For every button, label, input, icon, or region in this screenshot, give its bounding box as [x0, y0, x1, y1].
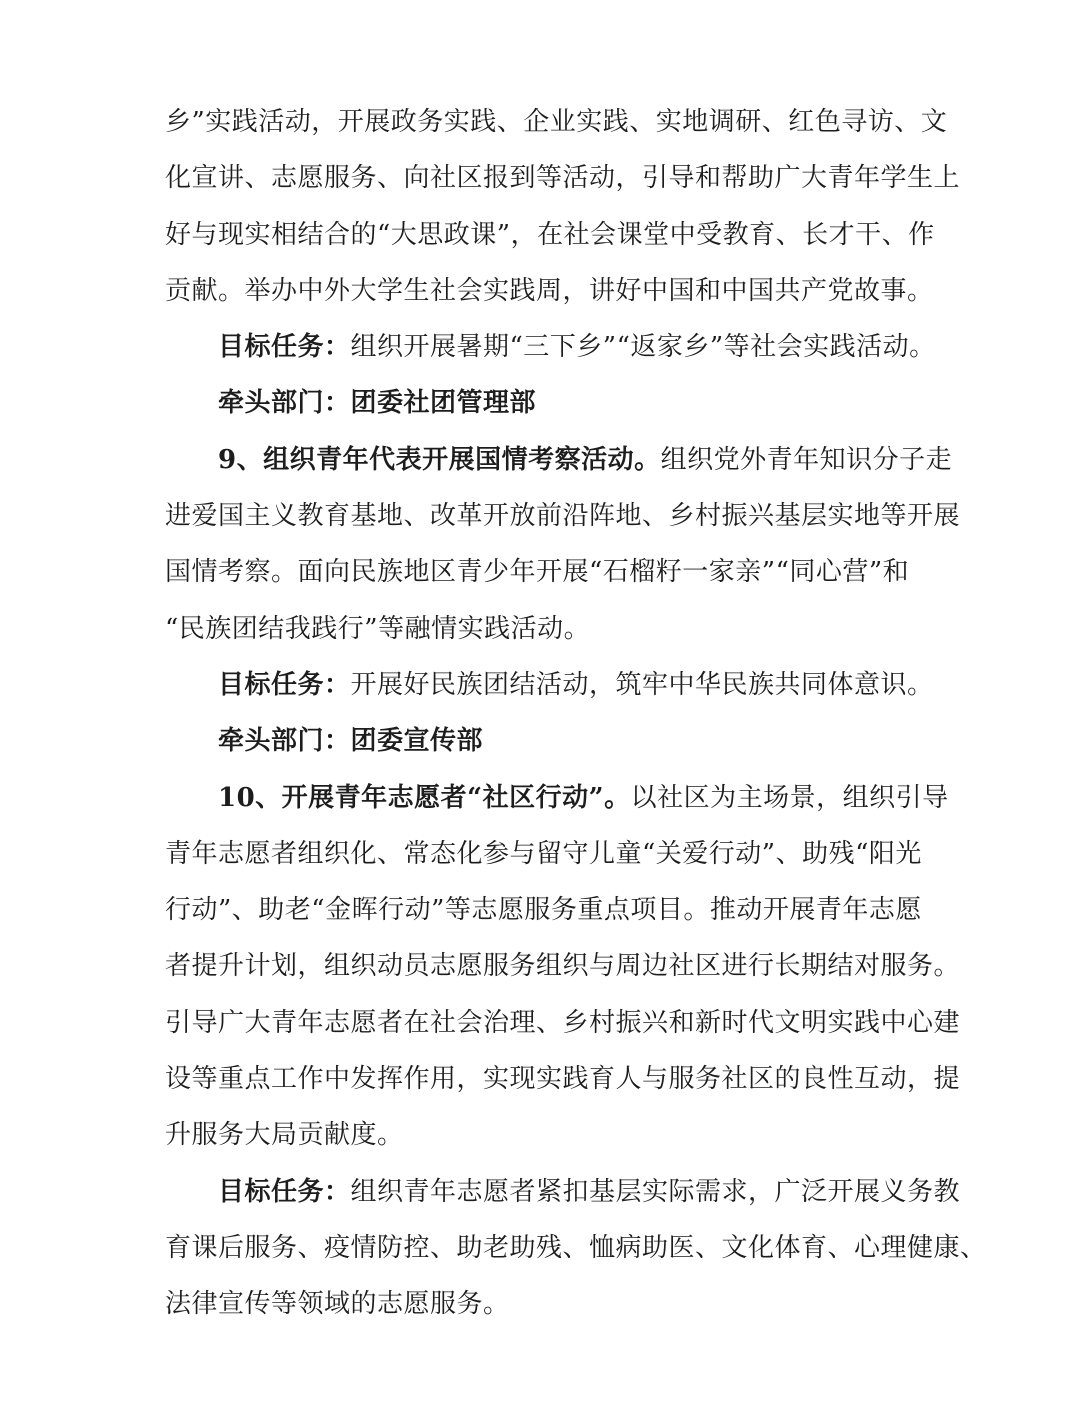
line-text: 升服务大局贡献度。 — [165, 1120, 404, 1150]
line-text: 法律宣传等领域的志愿服务。 — [165, 1289, 510, 1319]
line-bold-text: 牵头部门：团委社团管理部 — [218, 388, 536, 418]
document-body: 乡”实践活动，开展政务实践、企业实践、实地调研、红色寻访、文 化宣讲、志愿服务、… — [165, 94, 930, 1333]
line-text: 好与现实相结合的“大思政课”，在社会课堂中受教育、长才干、作 — [165, 220, 935, 250]
text-line: 化宣讲、志愿服务、向社区报到等活动，引导和帮助广大青年学生上 — [165, 150, 930, 206]
text-line-target-tasks: 目标任务：开展好民族团结活动，筑牢中华民族共同体意识。 — [165, 657, 930, 713]
line-text: 组织开展暑期“三下乡”“返家乡”等社会实践活动。 — [351, 332, 936, 362]
text-line: 法律宣传等领域的志愿服务。 — [165, 1276, 930, 1332]
text-line-target-tasks: 目标任务：组织开展暑期“三下乡”“返家乡”等社会实践活动。 — [165, 319, 930, 375]
text-line: 青年志愿者组织化、常态化参与留守儿童“关爱行动”、助残“阳光 — [165, 826, 930, 882]
line-bold-text: 10、开展青年志愿者“社区行动”。 — [218, 783, 631, 813]
text-line: 升服务大局贡献度。 — [165, 1107, 930, 1163]
text-line: 行动”、助老“金晖行动”等志愿服务重点项目。推动开展青年志愿 — [165, 882, 930, 938]
line-bold-text: 目标任务： — [218, 332, 351, 362]
text-line: 国情考察。面向民族地区青少年开展“石榴籽一家亲”“同心营”和 — [165, 544, 930, 600]
document-page: 乡”实践活动，开展政务实践、企业实践、实地调研、红色寻访、文 化宣讲、志愿服务、… — [0, 0, 1080, 1417]
line-text: 引导广大青年志愿者在社会治理、乡村振兴和新时代文明实践中心建 — [165, 1008, 960, 1038]
line-bold-text: 目标任务： — [218, 1177, 351, 1207]
line-text: “民族团结我践行”等融情实践活动。 — [165, 614, 590, 644]
text-line: 育课后服务、疫情防控、助老助残、恤病助医、文化体育、心理健康、 — [165, 1220, 930, 1276]
line-text: 者提升计划，组织动员志愿服务组织与周边社区进行长期结对服务。 — [165, 951, 960, 981]
text-line-lead-department: 牵头部门：团委宣传部 — [165, 713, 930, 769]
text-line: 乡”实践活动，开展政务实践、企业实践、实地调研、红色寻访、文 — [165, 94, 930, 150]
line-text: 育课后服务、疫情防控、助老助残、恤病助医、文化体育、心理健康、 — [165, 1233, 987, 1263]
text-line: 引导广大青年志愿者在社会治理、乡村振兴和新时代文明实践中心建 — [165, 995, 930, 1051]
line-text: 组织党外青年知识分子走 — [661, 445, 953, 475]
line-text: 以社区为主场景，组织引导 — [631, 783, 949, 813]
text-line: “民族团结我践行”等融情实践活动。 — [165, 601, 930, 657]
text-line-target-tasks: 目标任务：组织青年志愿者紧扣基层实际需求，广泛开展义务教 — [165, 1164, 930, 1220]
line-text: 组织青年志愿者紧扣基层实际需求，广泛开展义务教 — [351, 1177, 961, 1207]
text-line: 好与现实相结合的“大思政课”，在社会课堂中受教育、长才干、作 — [165, 207, 930, 263]
text-line-lead-department: 牵头部门：团委社团管理部 — [165, 375, 930, 431]
line-text: 行动”、助老“金晖行动”等志愿服务重点项目。推动开展青年志愿 — [165, 895, 922, 925]
line-bold-text: 目标任务： — [218, 670, 351, 700]
line-text: 进爱国主义教育基地、改革开放前沿阵地、乡村振兴基层实地等开展 — [165, 501, 960, 531]
text-line: 进爱国主义教育基地、改革开放前沿阵地、乡村振兴基层实地等开展 — [165, 488, 930, 544]
text-line-item-9-heading: 9、组织青年代表开展国情考察活动。组织党外青年知识分子走 — [165, 432, 930, 488]
line-bold-text: 牵头部门：团委宣传部 — [218, 726, 483, 756]
line-text: 乡”实践活动，开展政务实践、企业实践、实地调研、红色寻访、文 — [165, 107, 947, 137]
text-line: 者提升计划，组织动员志愿服务组织与周边社区进行长期结对服务。 — [165, 938, 930, 994]
line-text: 开展好民族团结活动，筑牢中华民族共同体意识。 — [351, 670, 934, 700]
line-text: 青年志愿者组织化、常态化参与留守儿童“关爱行动”、助残“阳光 — [165, 839, 922, 869]
line-text: 设等重点工作中发挥作用，实现实践育人与服务社区的良性互动，提 — [165, 1064, 960, 1094]
line-text: 化宣讲、志愿服务、向社区报到等活动，引导和帮助广大青年学生上 — [165, 163, 960, 193]
text-line: 设等重点工作中发挥作用，实现实践育人与服务社区的良性互动，提 — [165, 1051, 930, 1107]
line-bold-text: 9、组织青年代表开展国情考察活动。 — [218, 445, 661, 475]
text-line: 贡献。举办中外大学生社会实践周，讲好中国和中国共产党故事。 — [165, 263, 930, 319]
text-line-item-10-heading: 10、开展青年志愿者“社区行动”。以社区为主场景，组织引导 — [165, 770, 930, 826]
line-text: 贡献。举办中外大学生社会实践周，讲好中国和中国共产党故事。 — [165, 276, 934, 306]
line-text: 国情考察。面向民族地区青少年开展“石榴籽一家亲”“同心营”和 — [165, 557, 909, 587]
